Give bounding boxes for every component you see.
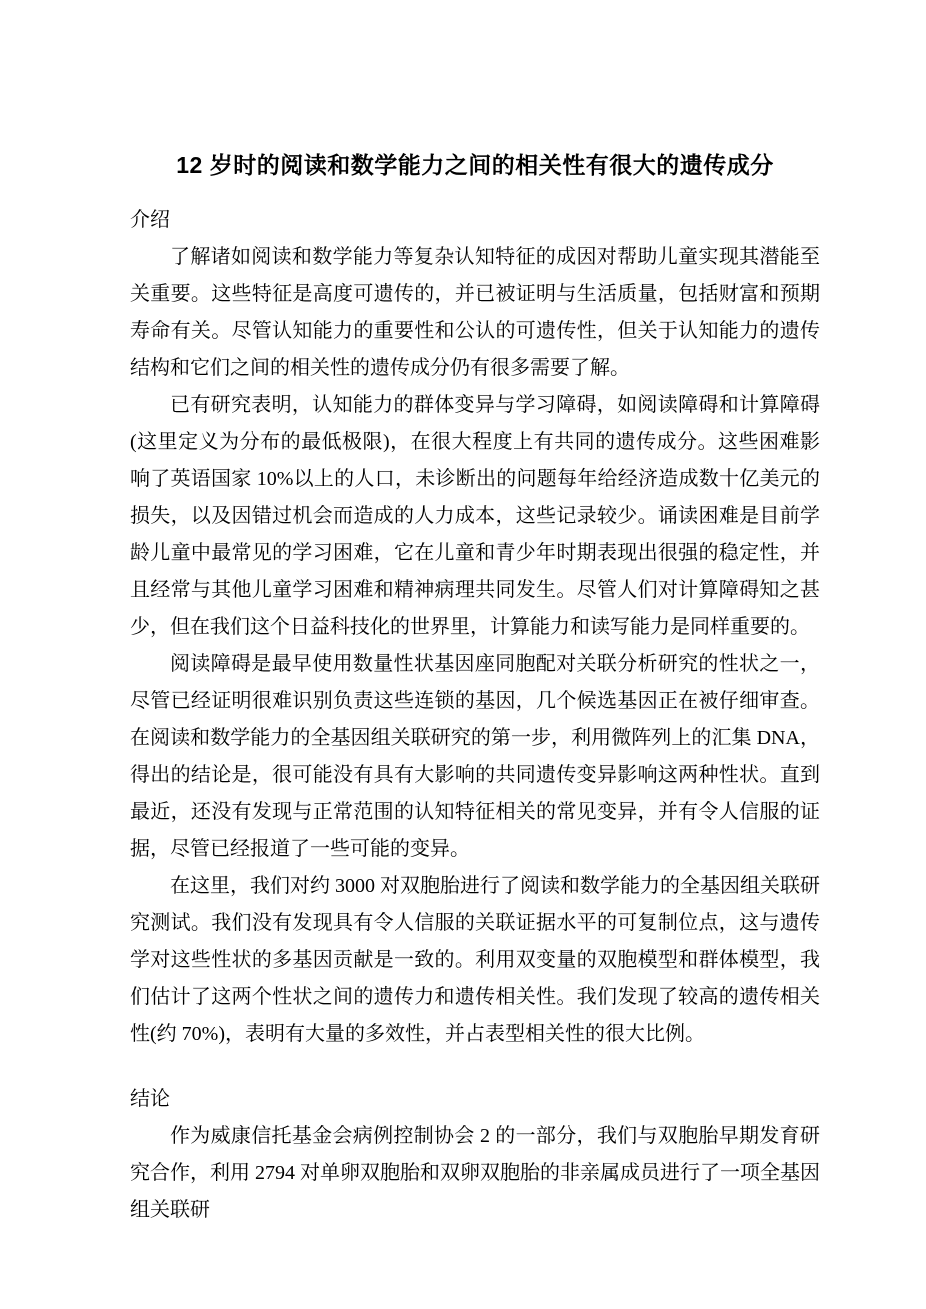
paragraph: 作为威康信托基金会病例控制协会 2 的一部分，我们与双胞胎早期发育研究合作，利用… [130, 1118, 820, 1229]
section-heading-introduction: 介绍 [130, 202, 820, 239]
page-content: 12 岁时的阅读和数学能力之间的相关性有很大的遗传成分 介绍 了解诸如阅读和数学… [130, 150, 820, 1229]
paragraph: 阅读障碍是最早使用数量性状基因座同胞配对关联分析研究的性状之一，尽管已经证明很难… [130, 646, 820, 868]
section-heading-conclusion: 结论 [130, 1081, 820, 1118]
paragraph: 在这里，我们对约 3000 对双胞胎进行了阅读和数学能力的全基因组关联研究测试。… [130, 868, 820, 1053]
document-page: 12 岁时的阅读和数学能力之间的相关性有很大的遗传成分 介绍 了解诸如阅读和数学… [0, 0, 926, 1309]
paragraph: 已有研究表明，认知能力的群体变异与学习障碍，如阅读障碍和计算障碍(这里定义为分布… [130, 387, 820, 646]
document-title: 12 岁时的阅读和数学能力之间的相关性有很大的遗传成分 [130, 150, 820, 180]
section-conclusion: 结论 作为威康信托基金会病例控制协会 2 的一部分，我们与双胞胎早期发育研究合作… [130, 1081, 820, 1229]
section-introduction: 介绍 了解诸如阅读和数学能力等复杂认知特征的成因对帮助儿童实现其潜能至关重要。这… [130, 202, 820, 1053]
paragraph: 了解诸如阅读和数学能力等复杂认知特征的成因对帮助儿童实现其潜能至关重要。这些特征… [130, 239, 820, 387]
